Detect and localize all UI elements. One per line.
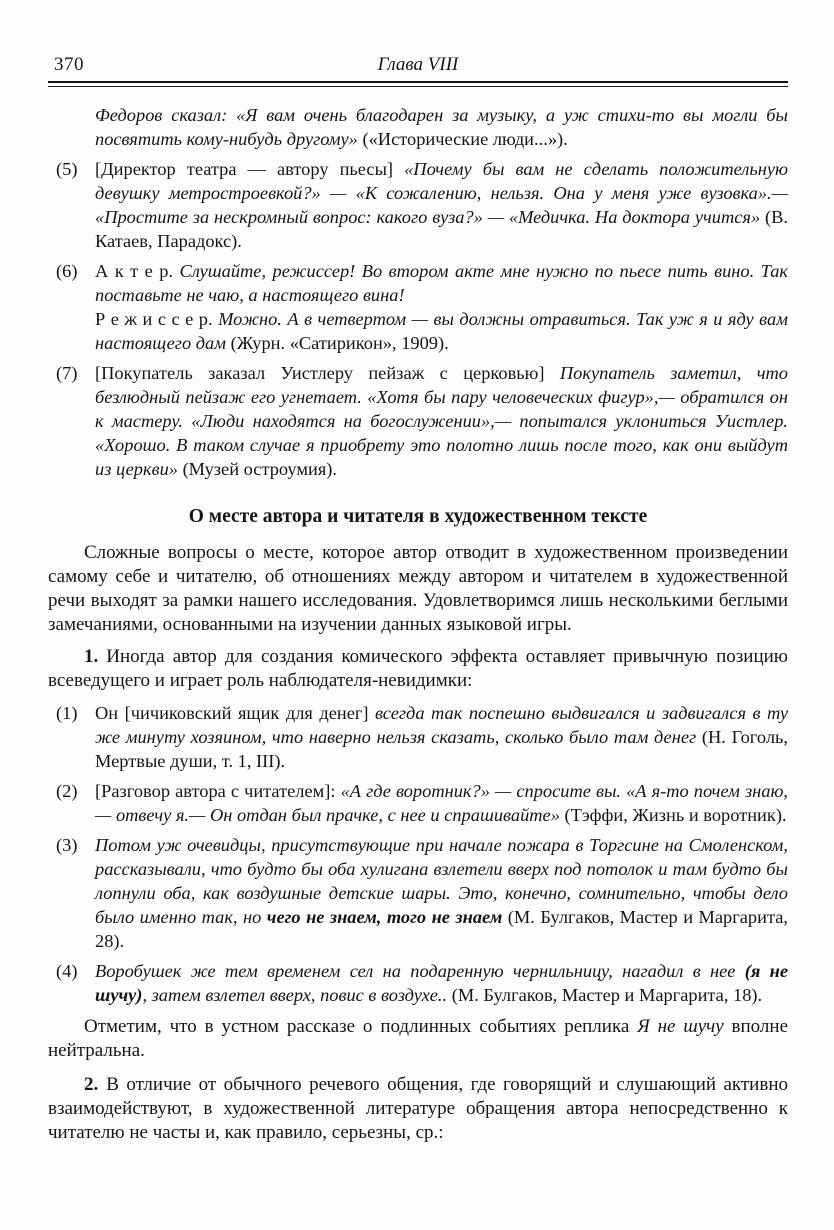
- intro-paragraph: Сложные вопросы о месте, которое автор о…: [48, 541, 788, 637]
- point-number: 1.: [84, 646, 98, 667]
- example-text: [Покупатель заказал Уистлеру пейзаж с це…: [95, 361, 788, 481]
- examples-top: Федоров сказал: «Я вам очень благодарен …: [48, 103, 788, 481]
- point-number: 2.: [84, 1074, 98, 1095]
- example-item-5: (5) [Директор театра — автору пьесы] «По…: [48, 157, 788, 253]
- example-text: Потом уж очевидцы, присутствующие при на…: [95, 833, 788, 953]
- example-number: [48, 103, 95, 151]
- example-number: (1): [48, 701, 95, 773]
- example-text: [Директор театра — автору пьесы] «Почему…: [95, 157, 788, 253]
- numbered-point-2: 2.В отличие от обычного речевого общения…: [48, 1073, 788, 1145]
- example-number: (3): [48, 833, 95, 953]
- example-text: Воробушек же тем временем сел на подарен…: [95, 959, 788, 1007]
- example-item-4: (4) Воробушек же тем временем сел на под…: [48, 959, 788, 1007]
- example-item-6: (6) А к т е р. Слушайте, режиссер! Во вт…: [48, 259, 788, 355]
- example-number: (7): [48, 361, 95, 481]
- example-item-3: (3) Потом уж очевидцы, присутствующие пр…: [48, 833, 788, 953]
- example-text: Федоров сказал: «Я вам очень благодарен …: [95, 103, 788, 151]
- example-item-2: (2) [Разговор автора с читателем]: «А гд…: [48, 779, 788, 827]
- example-number: (4): [48, 959, 95, 1007]
- chapter-title: Глава VIII: [48, 52, 788, 77]
- example-text: А к т е р. Слушайте, режиссер! Во втором…: [95, 259, 788, 355]
- example-number: (2): [48, 779, 95, 827]
- example-item-7: (7) [Покупатель заказал Уистлеру пейзаж …: [48, 361, 788, 481]
- example-text: Он [чичиковский ящик для денег] всегда т…: [95, 701, 788, 773]
- point-text: Иногда автор для создания комического эф…: [48, 646, 788, 691]
- example-item-continuation: Федоров сказал: «Я вам очень благодарен …: [48, 103, 788, 151]
- example-number: (5): [48, 157, 95, 253]
- numbered-point-1: 1.Иногда автор для создания комического …: [48, 645, 788, 693]
- point-text: В отличие от обычного речевого общения, …: [48, 1074, 788, 1143]
- example-number: (6): [48, 259, 95, 355]
- book-page: 370 Глава VIII Федоров сказал: «Я вам оч…: [0, 0, 834, 1230]
- example-text: [Разговор автора с читателем]: «А где во…: [95, 779, 788, 827]
- running-header: 370 Глава VIII: [48, 52, 788, 77]
- header-rule: [48, 81, 788, 87]
- example-item-1: (1) Он [чичиковский ящик для денег] всег…: [48, 701, 788, 773]
- note-paragraph: Отметим, что в устном рассказе о подлинн…: [48, 1015, 788, 1063]
- examples-main: (1) Он [чичиковский ящик для денег] всег…: [48, 701, 788, 1007]
- section-heading: О месте автора и читателя в художественн…: [48, 505, 788, 529]
